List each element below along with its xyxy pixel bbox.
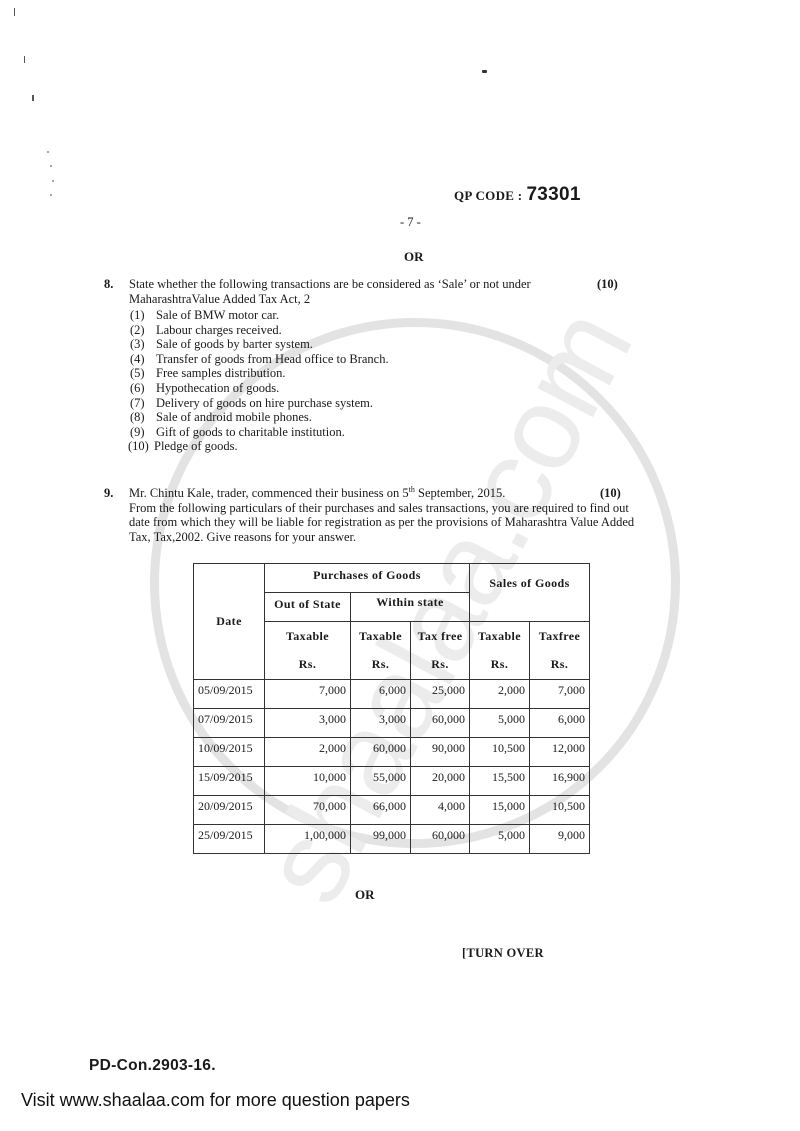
transaction-list: (1)Sale of BMW motor car. (2)Labour char…	[130, 308, 389, 454]
cell-date: 07/09/2015	[194, 709, 265, 738]
question-text: Mr. Chintu Kale, trader, commenced their…	[129, 486, 505, 501]
question-number: 8.	[104, 277, 113, 292]
table-row: 10/09/20152,00060,00090,00010,50012,000	[194, 738, 590, 767]
header-sales: Sales of Goods	[470, 564, 590, 622]
question-text-continued: MaharashtraValue Added Tax Act, 2	[129, 292, 310, 307]
scan-mark	[24, 56, 25, 63]
list-item: (5)Free samples distribution.	[130, 366, 389, 381]
cell-amount: 66,000	[351, 796, 411, 825]
cell-amount: 1,00,000	[265, 825, 351, 854]
cell-amount: 25,000	[411, 680, 470, 709]
cell-amount: 9,000	[530, 825, 590, 854]
cell-amount: 2,000	[265, 738, 351, 767]
cell-amount: 99,000	[351, 825, 411, 854]
scan-mark	[32, 95, 34, 101]
header-column: TaxfreeRs.	[530, 622, 590, 680]
cell-date: 20/09/2015	[194, 796, 265, 825]
list-item: (9)Gift of goods to charitable instituti…	[130, 425, 389, 440]
cell-amount: 15,500	[470, 767, 530, 796]
list-item: (4)Transfer of goods from Head office to…	[130, 352, 389, 367]
header-column: TaxableRs.	[351, 622, 411, 680]
header-date: Date	[194, 564, 265, 680]
cell-amount: 10,000	[265, 767, 351, 796]
scan-mark	[14, 8, 15, 16]
table-row: 25/09/20151,00,00099,00060,0005,0009,000	[194, 825, 590, 854]
or-separator: OR	[404, 249, 424, 265]
list-item: (7)Delivery of goods on hire purchase sy…	[130, 396, 389, 411]
qp-code-value: 73301	[526, 184, 580, 205]
cell-amount: 90,000	[411, 738, 470, 767]
cell-amount: 16,900	[530, 767, 590, 796]
question-number: 9.	[104, 486, 113, 501]
header-within-state: Within state	[351, 593, 470, 622]
list-item: (6)Hypothecation of goods.	[130, 381, 389, 396]
scan-dot	[482, 70, 487, 73]
cell-amount: 2,000	[470, 680, 530, 709]
cell-amount: 4,000	[411, 796, 470, 825]
cell-amount: 70,000	[265, 796, 351, 825]
transactions-table: Date Purchases of Goods Sales of Goods O…	[193, 563, 590, 854]
cell-amount: 15,000	[470, 796, 530, 825]
cell-amount: 10,500	[530, 796, 590, 825]
cell-date: 05/09/2015	[194, 680, 265, 709]
turn-over-label: [TURN OVER	[462, 946, 544, 961]
scan-dot	[52, 180, 54, 182]
cell-amount: 3,000	[351, 709, 411, 738]
cell-amount: 6,000	[530, 709, 590, 738]
header-purchases: Purchases of Goods	[265, 564, 470, 593]
or-separator: OR	[355, 887, 375, 903]
table-row: 05/09/20157,0006,00025,0002,0007,000	[194, 680, 590, 709]
header-column: TaxableRs.	[265, 622, 351, 680]
cell-date: 25/09/2015	[194, 825, 265, 854]
cell-amount: 60,000	[351, 738, 411, 767]
cell-date: 10/09/2015	[194, 738, 265, 767]
page-number: - 7 -	[400, 215, 421, 230]
list-item: (3)Sale of goods by barter system.	[130, 337, 389, 352]
visit-note: Visit www.shaalaa.com for more question …	[21, 1090, 410, 1111]
list-item: (10)Pledge of goods.	[128, 439, 387, 454]
cell-amount: 60,000	[411, 709, 470, 738]
header-out-of-state: Out of State	[265, 593, 351, 622]
cell-amount: 5,000	[470, 825, 530, 854]
cell-amount: 60,000	[411, 825, 470, 854]
table-row: 15/09/201510,00055,00020,00015,50016,900	[194, 767, 590, 796]
table-row: 20/09/201570,00066,0004,00015,00010,500	[194, 796, 590, 825]
question-text: State whether the following transactions…	[129, 277, 531, 292]
question-body: From the following particulars of their …	[129, 501, 684, 545]
table-body: 05/09/20157,0006,00025,0002,0007,00007/0…	[194, 680, 590, 854]
cell-amount: 5,000	[470, 709, 530, 738]
list-item: (2)Labour charges received.	[130, 323, 389, 338]
scan-dot	[47, 151, 49, 153]
list-item: (8)Sale of android mobile phones.	[130, 410, 389, 425]
cell-amount: 12,000	[530, 738, 590, 767]
qp-code-label: QP CODE :	[454, 188, 522, 203]
cell-amount: 10,500	[470, 738, 530, 767]
header-column: TaxableRs.	[470, 622, 530, 680]
scan-dot	[50, 194, 52, 196]
question-marks: (10)	[600, 486, 621, 501]
list-item: (1)Sale of BMW motor car.	[130, 308, 389, 323]
table-row: 07/09/20153,0003,00060,0005,0006,000	[194, 709, 590, 738]
header-column: Tax freeRs.	[411, 622, 470, 680]
question-marks: (10)	[597, 277, 618, 292]
cell-amount: 55,000	[351, 767, 411, 796]
paper-code: PD-Con.2903-16.	[89, 1057, 216, 1075]
scan-dot	[50, 165, 52, 167]
qp-code: QP CODE :73301	[454, 184, 581, 206]
cell-amount: 20,000	[411, 767, 470, 796]
cell-amount: 7,000	[530, 680, 590, 709]
cell-date: 15/09/2015	[194, 767, 265, 796]
cell-amount: 6,000	[351, 680, 411, 709]
cell-amount: 3,000	[265, 709, 351, 738]
cell-amount: 7,000	[265, 680, 351, 709]
